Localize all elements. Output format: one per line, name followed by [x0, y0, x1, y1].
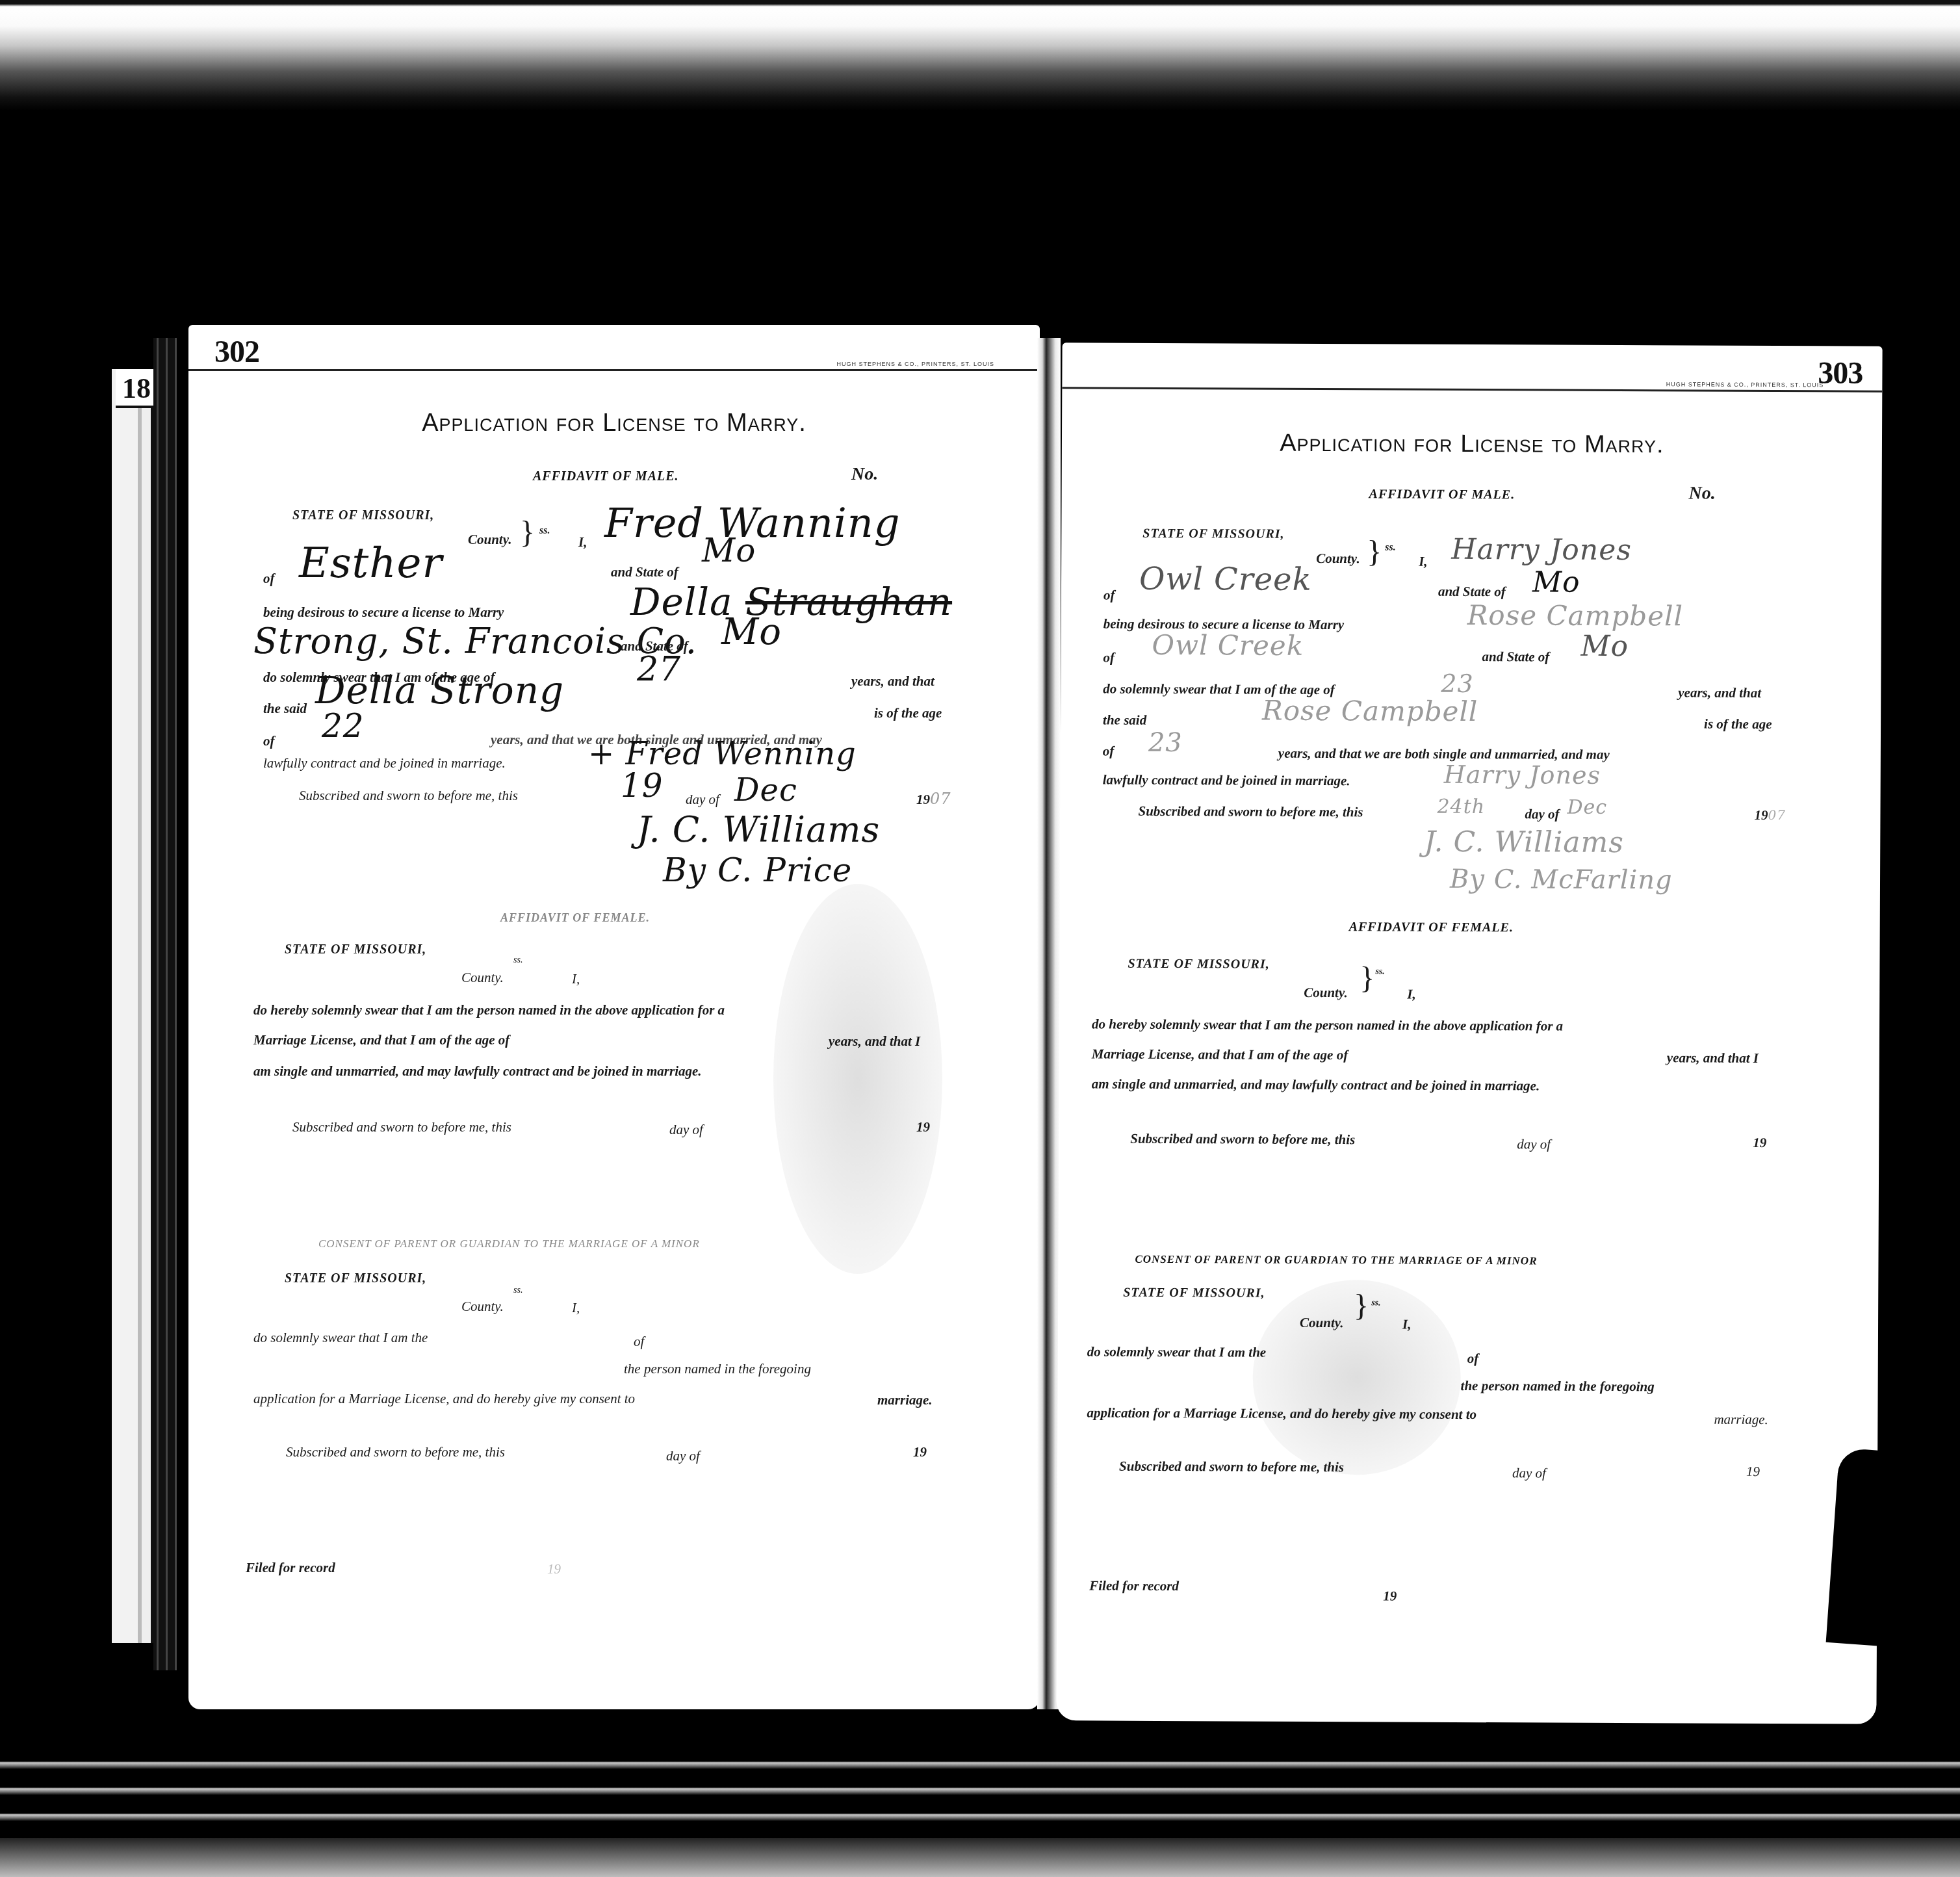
brace: } — [1360, 965, 1374, 991]
bride-said-name: Rose Campbell — [1262, 695, 1478, 727]
female-line-2a: Marriage License, and that I am of the a… — [1092, 1046, 1348, 1063]
deputy-signature: By C. McFarling — [1450, 864, 1673, 895]
state-label: STATE OF MISSOURI, — [1123, 1286, 1265, 1301]
header-rule — [188, 369, 1040, 371]
of-label: of — [263, 733, 275, 749]
sworn-month: Dec — [1567, 796, 1607, 819]
brace: } — [1367, 539, 1382, 565]
year-prefix: 19 — [1753, 1135, 1766, 1151]
affidavit-male-heading: AFFIDAVIT OF MALE. — [1369, 487, 1515, 502]
consent-line-1a: do solemnly swear that I am the — [1087, 1343, 1266, 1360]
page-303: 303 HUGH STEPHENS & CO., PRINTERS, ST. L… — [1056, 343, 1882, 1724]
consent-line-3b: marriage. — [1714, 1412, 1768, 1428]
county-label: County. — [468, 532, 512, 548]
i-label: I, — [1407, 987, 1416, 1003]
female-line-1: do hereby solemnly swear that I am the p… — [1092, 1016, 1563, 1034]
stub-tab-label: 18 — [116, 369, 153, 408]
official-signature: J. C. Williams — [1424, 825, 1624, 859]
of-label: of — [1103, 650, 1115, 666]
is-of-age-label: is of the age — [1704, 716, 1772, 732]
female-line-2a: Marriage License, and that I am of the a… — [253, 1032, 509, 1048]
applicant-residence: Owl Creek — [1139, 561, 1312, 598]
scan-top-edge — [0, 0, 1960, 110]
female-line-3: am single and unmarried, and may lawfull… — [253, 1063, 702, 1080]
desirous-label: being desirous to secure a license to Ma… — [263, 604, 504, 621]
year-prefix: 1907 — [1754, 807, 1786, 823]
affidavit-male-heading: AFFIDAVIT OF MALE. — [533, 469, 679, 484]
bride-state: Mo — [721, 611, 782, 653]
state-label: STATE OF MISSOURI, — [285, 1271, 426, 1286]
consent-line-3b: marriage. — [877, 1392, 933, 1408]
consent-line-1a: do solemnly swear that I am the — [253, 1330, 428, 1346]
subscribed-label: Subscribed and sworn to before me, this — [292, 1119, 511, 1135]
female-line-3: am single and unmarried, and may lawfull… — [1092, 1076, 1540, 1094]
applicant-state: Mo — [702, 532, 756, 569]
consent-heading: CONSENT OF PARENT OR GUARDIAN TO THE MAR… — [1135, 1253, 1537, 1268]
bride-age: 23 — [1148, 728, 1183, 758]
ss-label: ss. — [1385, 541, 1396, 553]
county-label: County. — [1316, 550, 1360, 567]
bride-name: Della Strong Della Straughan — [630, 580, 952, 624]
day-of-label: day of — [1525, 806, 1559, 822]
bride-state: Mo — [1580, 630, 1629, 663]
county-label: County. — [461, 970, 504, 986]
consent-line-2: the person named in the foregoing — [1461, 1378, 1655, 1395]
female-line-1: do hereby solemnly swear that I am the p… — [253, 1002, 725, 1018]
is-of-age-label: is of the age — [874, 705, 942, 721]
affidavit-female-heading: AFFIDAVIT OF FEMALE. — [500, 911, 650, 925]
county-label: County. — [461, 1299, 504, 1315]
i-label: I, — [1419, 554, 1428, 570]
i-label: I, — [572, 971, 580, 987]
of-label: of — [263, 571, 275, 587]
day-of-label: day of — [686, 792, 719, 808]
affidavit-female-heading: AFFIDAVIT OF FEMALE. — [1349, 920, 1514, 935]
page-number: 302 — [214, 334, 259, 370]
consent-line-1b: of — [634, 1334, 644, 1350]
official-signature: J. C. Williams — [637, 809, 880, 850]
filed-for-record-label: Filed for record — [246, 1560, 335, 1576]
year-prefix: 1907 — [916, 790, 951, 808]
applicant-state: Mo — [1532, 565, 1580, 599]
subscribed-label: Subscribed and sworn to before me, this — [299, 788, 518, 804]
printer-imprint: HUGH STEPHENS & CO., PRINTERS, ST. LOUIS — [1666, 381, 1824, 388]
sworn-year-suffix: 07 — [1768, 807, 1786, 823]
ss-label: ss. — [539, 525, 550, 537]
no-label: No. — [1689, 483, 1716, 504]
bride-said-name: Della Strong — [315, 668, 564, 712]
ss-label: ss. — [513, 1286, 522, 1296]
consent-line-1b: of — [1467, 1351, 1479, 1367]
year-prefix: 19 — [913, 1444, 927, 1460]
year-prefix-text: 19 — [1754, 807, 1768, 823]
the-said-label: the said — [1103, 712, 1146, 729]
state-label: STATE OF MISSOURI, — [292, 508, 434, 523]
subscribed-label: Subscribed and sworn to before me, this — [286, 1444, 505, 1460]
book-stub-pages — [112, 369, 155, 1643]
and-state-of-label: and State of — [1482, 649, 1549, 665]
deputy-signature: By C. Price — [663, 851, 852, 889]
day-of-label: day of — [1512, 1465, 1546, 1481]
ss-label: ss. — [513, 955, 522, 966]
applicant-name: Harry Jones — [1451, 533, 1632, 567]
years-and-that-label: years, and that — [1678, 684, 1761, 701]
brace: } — [520, 520, 535, 546]
day-of-label: day of — [1517, 1136, 1551, 1152]
applicant-age: 27 — [637, 650, 681, 689]
year-prefix-text: 19 — [916, 792, 930, 807]
consent-heading: CONSENT OF PARENT OR GUARDIAN TO THE MAR… — [318, 1237, 700, 1250]
i-label: I, — [578, 534, 587, 550]
subscribed-label: Subscribed and sworn to before me, this — [1138, 803, 1363, 821]
applicant-residence: Esther — [299, 539, 443, 588]
consent-line-2: the person named in the foregoing — [624, 1361, 811, 1377]
bride-age: 22 — [322, 707, 365, 745]
day-of-label: day of — [666, 1448, 700, 1464]
the-said-label: the said — [263, 701, 307, 717]
filed-year-prefix: 19 — [547, 1561, 561, 1577]
no-label: No. — [851, 464, 878, 485]
female-line-2b: years, and that I — [1667, 1050, 1759, 1067]
and-state-of-label: and State of — [611, 564, 678, 580]
ss-label: ss. — [1375, 966, 1384, 977]
page-shadow — [773, 884, 942, 1274]
years-and-that-label: years, and that — [851, 673, 935, 690]
page-title: Application for License to Marry. — [1062, 428, 1882, 460]
page-title: Application for License to Marry. — [188, 409, 1040, 437]
i-label: I, — [572, 1300, 580, 1316]
page-shadow — [1252, 1280, 1461, 1475]
book-spine — [153, 338, 177, 1670]
scan-bottom-edge — [0, 1755, 1960, 1877]
page-302: 302 HUGH STEPHENS & CO., PRINTERS, ST. L… — [188, 325, 1040, 1709]
bride-name: Rose Campbell — [1467, 599, 1683, 632]
subscribed-label: Subscribed and sworn to before me, this — [1130, 1131, 1355, 1148]
day-of-label: day of — [669, 1122, 703, 1138]
filed-year-prefix: 19 — [1383, 1588, 1397, 1604]
lawfully-label: lawfully contract and be joined in marri… — [263, 755, 506, 771]
printer-imprint: HUGH STEPHENS & CO., PRINTERS, ST. LOUIS — [836, 361, 994, 367]
and-state-of-label: and State of — [1438, 584, 1506, 600]
of-label: of — [1103, 588, 1115, 604]
sworn-day: 19 — [621, 767, 664, 805]
applicant-signature: Harry Jones — [1444, 760, 1601, 790]
filed-for-record-label: Filed for record — [1089, 1577, 1179, 1594]
applicant-age: 23 — [1441, 669, 1474, 698]
state-label: STATE OF MISSOURI, — [1128, 957, 1269, 972]
of-label: of — [1103, 744, 1115, 760]
county-label: County. — [1304, 985, 1348, 1001]
consent-line-3a: application for a Marriage License, and … — [253, 1391, 635, 1407]
sworn-year-suffix: 07 — [930, 790, 951, 808]
bride-residence: Owl Creek — [1152, 629, 1304, 662]
state-label: STATE OF MISSOURI, — [285, 942, 426, 957]
sworn-month: Dec — [734, 772, 797, 809]
lawfully-label: lawfully contract and be joined in marri… — [1103, 772, 1350, 790]
page-number: 303 — [1818, 355, 1863, 391]
sworn-day: 24th — [1437, 796, 1485, 818]
state-label: STATE OF MISSOURI, — [1142, 526, 1284, 542]
year-prefix: 19 — [1746, 1464, 1760, 1480]
